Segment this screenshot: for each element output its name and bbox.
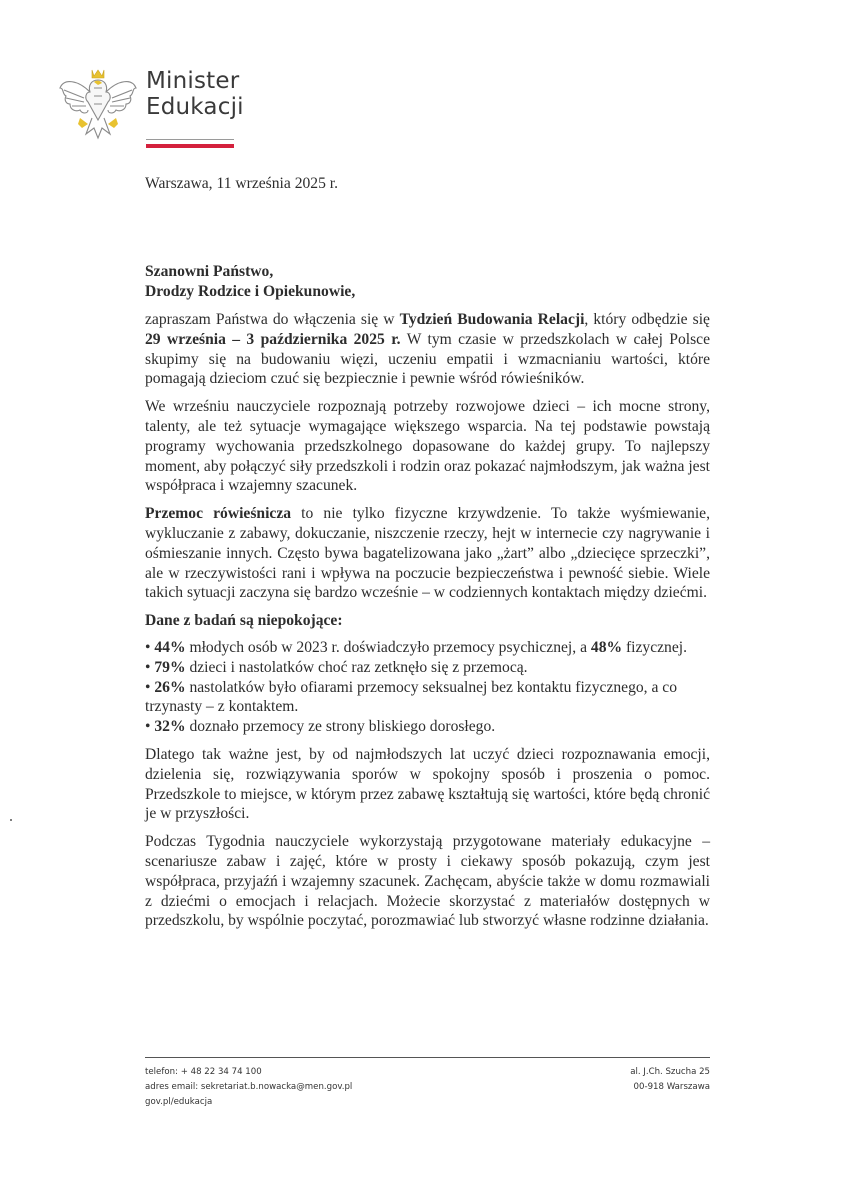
peer-violence-term: Przemoc rówieśnicza (145, 505, 291, 522)
letter-body: zapraszam Państwa do włączenia się w Tyd… (145, 310, 710, 939)
statistics-list: • 44% młodych osób w 2023 r. doświadczył… (145, 638, 710, 737)
footer-divider (145, 1057, 710, 1058)
stat-value: 79% (154, 659, 185, 676)
bullet: • (145, 639, 154, 656)
footer-address: al. J.Ch. Szucha 25 00-918 Warszawa (630, 1065, 710, 1095)
event-dates: 29 września – 3 października 2025 r. (145, 331, 401, 348)
logo-divider-gray (146, 139, 234, 140)
salutation-line-1: Szanowni Państwo, (145, 262, 710, 282)
text: , który odbędzie się (584, 311, 710, 328)
footer-contact: telefon: + 48 22 34 74 100 adres email: … (145, 1065, 352, 1110)
stat-text: dzieci i nastolatków choć raz zetknęło s… (186, 659, 528, 676)
scan-speck (10, 819, 12, 821)
list-item: • 79% dzieci i nastolatków choć raz zetk… (145, 658, 710, 678)
salutation-line-2: Drodzy Rodzice i Opiekunowie, (145, 282, 710, 302)
event-name: Tydzień Budowania Relacji (400, 311, 585, 328)
data-heading: Dane z badań są niepokojące: (145, 611, 710, 631)
logo-line-1: Minister (146, 68, 244, 94)
stat-value: 32% (154, 718, 185, 735)
list-item: • 26% nastolatków było ofiarami przemocy… (145, 678, 710, 718)
stat-text: fizycznej. (622, 639, 687, 656)
logo-line-2: Edukacji (146, 94, 244, 120)
text: zapraszam Państwa do włączenia się w (145, 311, 400, 328)
ministry-name: Minister Edukacji (146, 68, 244, 120)
list-item: • 32% doznało przemocy ze strony bliskie… (145, 717, 710, 737)
paragraph-teachers: We wrześniu nauczyciele rozpoznają potrz… (145, 397, 710, 496)
letter-date: Warszawa, 11 września 2025 r. (145, 174, 710, 194)
stat-text: doznało przemocy ze strony bliskiego dor… (186, 718, 496, 735)
stat-text: nastolatków było ofiarami przemocy seksu… (145, 679, 677, 716)
stat-value: 48% (591, 639, 622, 656)
footer-phone: telefon: + 48 22 34 74 100 (145, 1065, 352, 1080)
footer-address-line-2: 00-918 Warszawa (630, 1080, 710, 1095)
polish-eagle-emblem-icon (58, 58, 138, 148)
list-item: • 44% młodych osób w 2023 r. doświadczył… (145, 638, 710, 658)
logo-divider-red (146, 144, 234, 148)
paragraph-peer-violence: Przemoc rówieśnicza to nie tylko fizyczn… (145, 504, 710, 603)
footer-email[interactable]: adres email: sekretariat.b.nowacka@men.g… (145, 1080, 352, 1095)
ministry-logo: Minister Edukacji (58, 58, 248, 154)
stat-value: 44% (154, 639, 185, 656)
bullet: • (145, 679, 154, 696)
footer-website[interactable]: gov.pl/edukacja (145, 1095, 352, 1110)
salutation: Szanowni Państwo, Drodzy Rodzice i Opiek… (145, 262, 710, 302)
paragraph-materials: Podczas Tygodnia nauczyciele wykorzystaj… (145, 832, 710, 931)
stat-text: młodych osób w 2023 r. doświadczyło prze… (186, 639, 591, 656)
bullet: • (145, 659, 154, 676)
paragraph-invitation: zapraszam Państwa do włączenia się w Tyd… (145, 310, 710, 389)
paragraph-importance: Dlatego tak ważne jest, by od najmłodszy… (145, 745, 710, 824)
bullet: • (145, 718, 154, 735)
footer-address-line-1: al. J.Ch. Szucha 25 (630, 1065, 710, 1080)
stat-value: 26% (154, 679, 185, 696)
